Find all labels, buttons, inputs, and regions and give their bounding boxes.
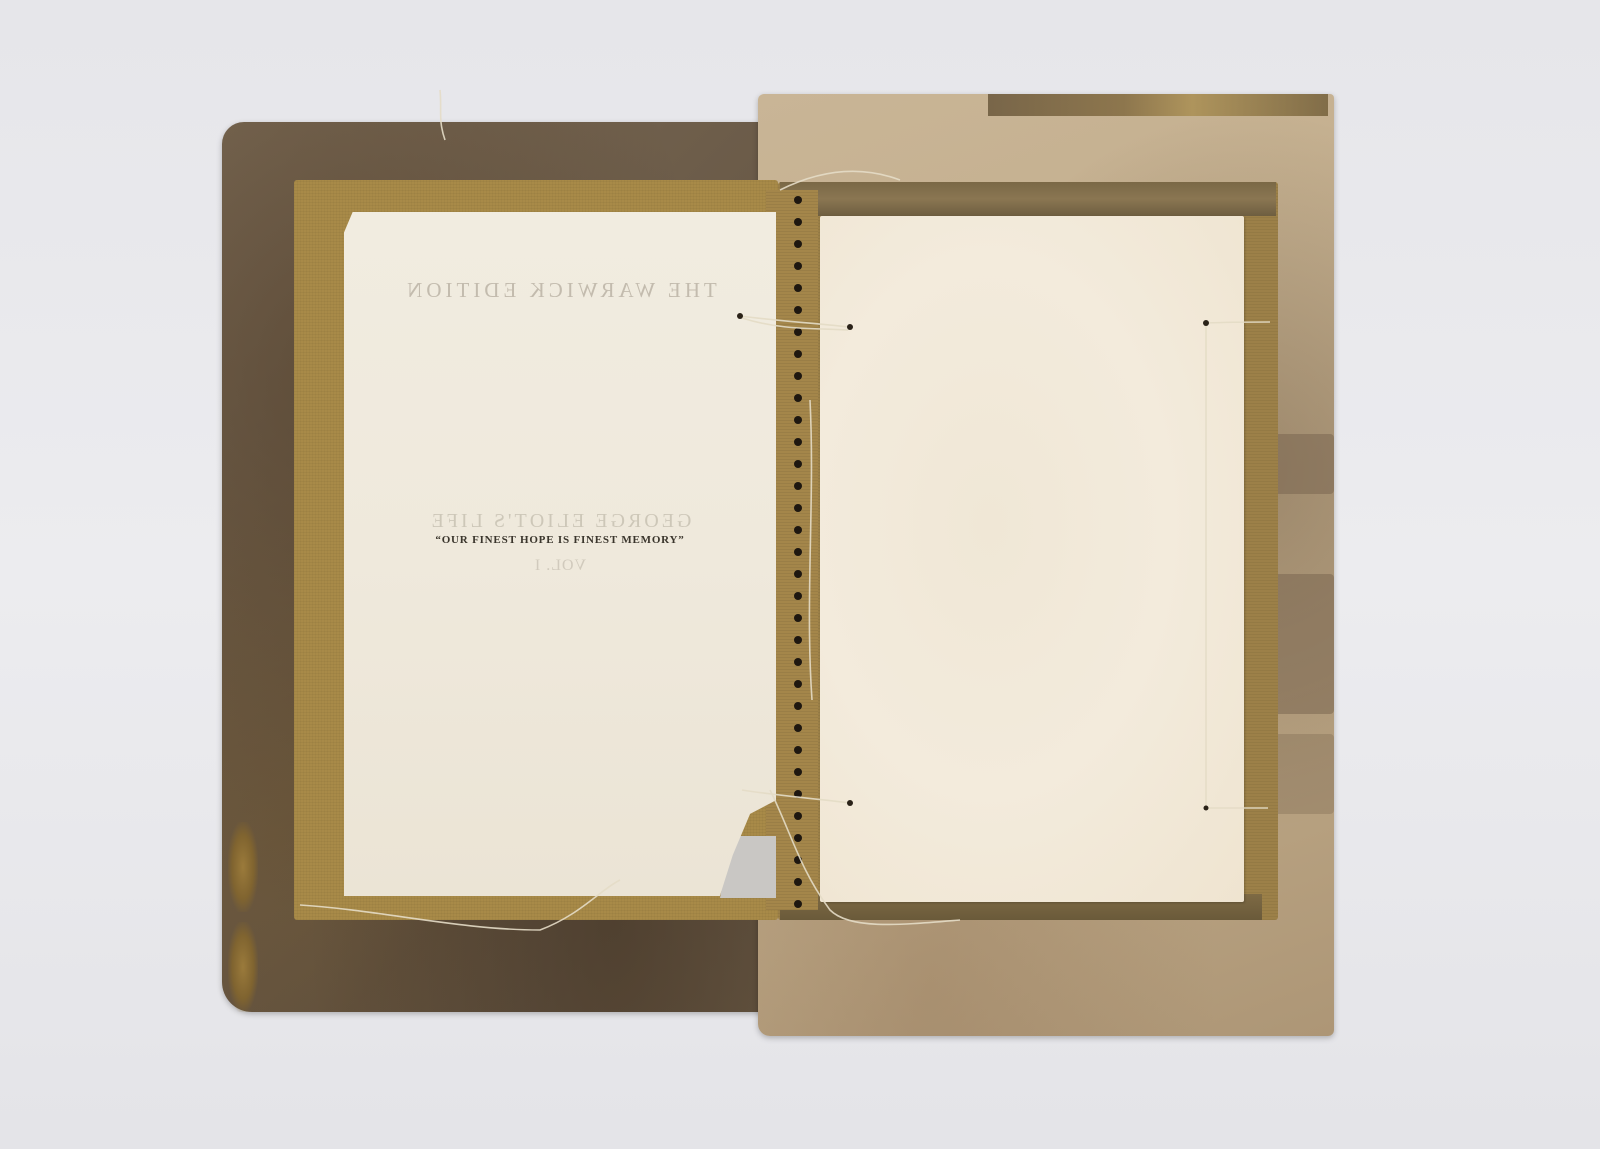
sewing-hole [794,592,802,600]
sewing-hole [794,768,802,776]
sewing-hole [794,812,802,820]
gilt-ornament [228,922,258,1012]
sewing-hole [794,570,802,578]
sewing-hole [794,240,802,248]
sewing-hole [794,878,802,886]
sewing-hole [794,834,802,842]
sewing-hole [794,306,802,314]
sewing-hole [794,438,802,446]
showthrough-title: THE WARWICK EDITION [344,278,776,303]
sewing-hole [794,350,802,358]
damaged-edge [1274,434,1334,494]
right-page [820,216,1244,902]
showthrough-author: GEORGE ELIOT'S LIFE [344,510,776,533]
sewing-hole [794,482,802,490]
sewing-hole [794,526,802,534]
sewing-hole [794,372,802,380]
sewing-hole [794,658,802,666]
sewing-hole [794,196,802,204]
sewing-hole [794,504,802,512]
sewing-hole [794,680,802,688]
sewing-hole [794,702,802,710]
showthrough-volume: VOL. I [344,557,776,575]
damaged-edge [1274,574,1334,714]
sewing-hole [794,394,802,402]
sewing-hole [794,262,802,270]
sewing-hole [794,460,802,468]
gilt-ornament [228,822,258,912]
sewing-hole [794,416,802,424]
torn-top-edge [988,94,1328,116]
sewing-hole [794,218,802,226]
left-page: THE WARWICK EDITION GEORGE ELIOT'S LIFE … [344,212,776,896]
right-cloth-top-edge [780,182,1276,216]
sewing-hole [794,724,802,732]
damaged-edge [1274,734,1334,814]
sewing-hole [794,746,802,754]
sewing-hole [794,614,802,622]
sewing-hole [794,636,802,644]
sewing-hole [794,548,802,556]
sewing-hole [794,284,802,292]
motto-text: “OUR FINEST HOPE IS FINEST MEMORY” [344,534,776,546]
sewing-hole [794,900,802,908]
sewing-hole [794,790,802,798]
sewing-hole [794,856,802,864]
sewing-hole [794,328,802,336]
